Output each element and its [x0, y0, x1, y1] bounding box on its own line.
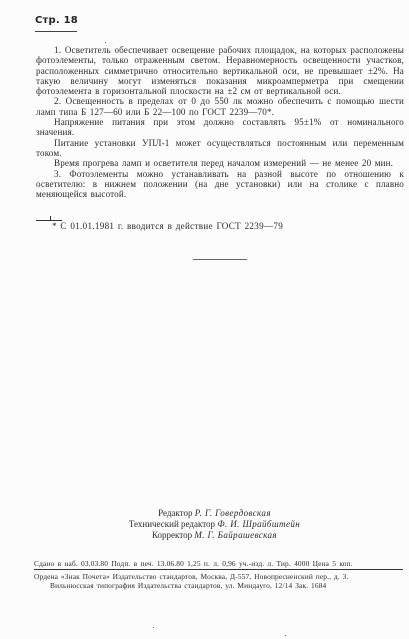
publisher-line-1: Ордена «Знак Почета» Издательство станда…	[34, 572, 403, 581]
print-imprint: Сдано в наб. 03.03.80 Подп. в печ. 13.06…	[34, 559, 403, 570]
credit-person: Р. Г. Говердовская	[195, 508, 271, 518]
credit-proofreader: Корректор М. Г. Байрашевская	[20, 530, 409, 541]
credit-technical-editor: Технический редактор Ф. И. Шрайбштейн	[20, 519, 409, 530]
credit-person: М. Г. Байрашевская	[194, 530, 277, 540]
main-text: 1. Осветитель обеспечивает освещение раб…	[36, 45, 404, 199]
credit-role: Технический редактор	[129, 519, 215, 529]
credit-person: Ф. И. Шрайбштейн	[217, 519, 300, 529]
editorial-credits: Редактор Р. Г. Говердовская Технический …	[0, 508, 409, 542]
end-of-text-rule	[193, 259, 247, 260]
footnote: * С 01.01.1981 г. вводится в действие ГО…	[52, 221, 283, 231]
scan-speck	[153, 627, 154, 628]
credit-editor: Редактор Р. Г. Говердовская	[20, 508, 409, 519]
paragraph-1: 1. Осветитель обеспечивает освещение раб…	[36, 45, 404, 96]
publisher-line-2: Вильнюсская типография Издательства стан…	[34, 581, 403, 590]
paragraph-2-voltage: Напряжение питания при этом должно соста…	[36, 117, 404, 138]
scan-speck	[285, 635, 286, 636]
page-number: Стр. 18	[35, 15, 78, 26]
paragraph-2-warmup: Время прогрева ламп и осветителя перед н…	[36, 158, 404, 168]
footnote-divider-tick	[50, 216, 51, 220]
scan-speck	[105, 42, 106, 43]
paragraph-2: 2. Освещенность в пределах от 0 до 550 л…	[36, 96, 404, 117]
paragraph-3: 3. Фотоэлементы можно устанавливать на р…	[36, 169, 404, 200]
credit-role: Корректор	[152, 530, 192, 540]
publisher-info: Ордена «Знак Почета» Издательство станда…	[34, 572, 403, 590]
credit-role: Редактор	[158, 508, 192, 518]
paragraph-2-power: Питание установки УПЛ-1 может осуществля…	[36, 138, 404, 159]
page-number-underline	[35, 31, 77, 32]
